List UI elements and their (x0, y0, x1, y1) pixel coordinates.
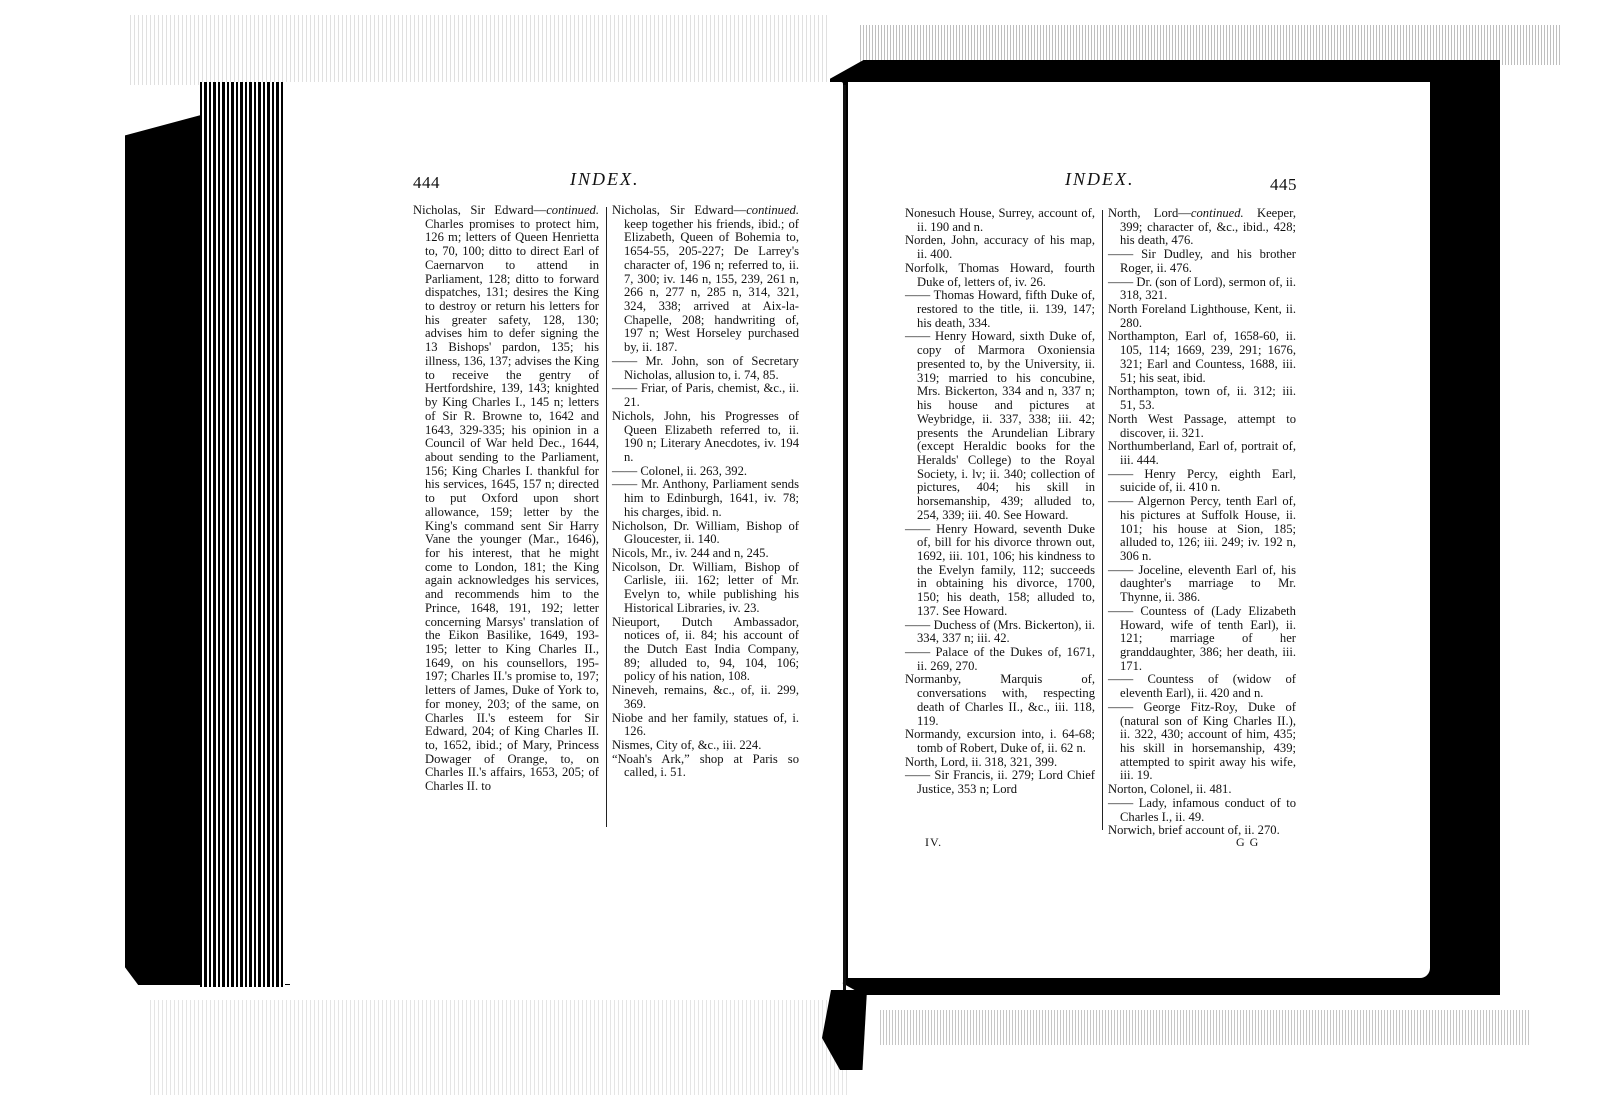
index-entry: Normandy, excursion into, i. 64-68; tomb… (905, 728, 1095, 755)
page-block-edges (200, 82, 285, 987)
index-entry: North Foreland Lighthouse, Kent, ii. 280… (1108, 303, 1296, 330)
index-entry: North West Passage, attempt to discover,… (1108, 413, 1296, 440)
index-entry: —— Mr. Anthony, Parliament sends him to … (612, 478, 799, 519)
scan-background-noise (860, 25, 1560, 65)
left-page-column-2: Nicholas, Sir Edward—continued. keep tog… (612, 204, 799, 780)
column-rule (606, 207, 607, 827)
index-entry: Nichols, John, his Progresses of Queen E… (612, 410, 799, 465)
index-entry: —— Duchess of (Mrs. Bickerton), ii. 334,… (905, 619, 1095, 646)
index-entry: —— Sir Francis, ii. 279; Lord Chief Just… (905, 769, 1095, 796)
scan-background-noise (150, 1000, 850, 1095)
index-entry: Norwich, brief account of, ii. 270. (1108, 824, 1296, 838)
index-entry: “Noah's Ark,” shop at Paris so called, i… (612, 753, 799, 780)
index-entry: —— Colonel, ii. 263, 392. (612, 465, 799, 479)
index-entry: —— George Fitz-Roy, Duke of (natural son… (1108, 701, 1296, 783)
index-entry: Nicholas, Sir Edward—continued. keep tog… (612, 204, 799, 355)
index-entry: —— Algernon Percy, tenth Earl of, his pi… (1108, 495, 1296, 564)
page-number: 445 (1270, 175, 1297, 195)
index-entry: Nineveh, remains, &c., of, ii. 299, 369. (612, 684, 799, 711)
index-entry: Nicholson, Dr. William, Bishop of Glouce… (612, 520, 799, 547)
index-entry: —— Countess of (widow of eleventh Earl),… (1108, 673, 1296, 700)
index-entry: Norden, John, accuracy of his map, ii. 4… (905, 234, 1095, 261)
index-entry: Norton, Colonel, ii. 481. (1108, 783, 1296, 797)
index-entry: Norfolk, Thomas Howard, fourth Duke of, … (905, 262, 1095, 289)
scan-background-noise (880, 1010, 1530, 1045)
running-head: INDEX. (1065, 169, 1135, 190)
index-entry: —— Dr. (son of Lord), sermon of, ii. 318… (1108, 276, 1296, 303)
index-entry: Nieuport, Dutch Ambassador, notices of, … (612, 616, 799, 685)
book-gutter (843, 85, 846, 990)
index-entry: Northumberland, Earl of, portrait of, ii… (1108, 440, 1296, 467)
index-entry: Niobe and her family, statues of, i. 126… (612, 712, 799, 739)
index-entry: —— Henry Percy, eighth Earl, suicide of,… (1108, 468, 1296, 495)
index-entry: —— Sir Dudley, and his brother Roger, ii… (1108, 248, 1296, 275)
left-page-column-1: Nicholas, Sir Edward—continued. Charles … (413, 204, 599, 794)
index-entry: —— Henry Howard, seventh Duke of, bill f… (905, 523, 1095, 619)
index-entry: Nicols, Mr., iv. 244 and n, 245. (612, 547, 799, 561)
scan-background-noise (130, 15, 830, 85)
index-entry: —— Friar, of Paris, chemist, &c., ii. 21… (612, 382, 799, 409)
running-head: INDEX. (570, 169, 640, 190)
index-entry: Normanby, Marquis of, conversations with… (905, 673, 1095, 728)
index-entry: —— Thomas Howard, fifth Duke of, restore… (905, 289, 1095, 330)
index-entry: North, Lord—continued. Keeper, 399; char… (1108, 207, 1296, 248)
index-entry: —— Palace of the Dukes of, 1671, ii. 269… (905, 646, 1095, 673)
index-entry: Northampton, Earl of, 1658-60, ii. 105, … (1108, 330, 1296, 385)
right-page-column-1: Nonesuch House, Surrey, account of, ii. … (905, 207, 1095, 797)
index-entry: —— Countess of (Lady Elizabeth Howard, w… (1108, 605, 1296, 674)
page-number: 444 (413, 173, 440, 193)
index-entry: Nonesuch House, Surrey, account of, ii. … (905, 207, 1095, 234)
index-entry: —— Henry Howard, sixth Duke of, copy of … (905, 330, 1095, 522)
volume-mark: IV. (925, 835, 942, 850)
index-entry: Northampton, town of, ii. 312; iii. 51, … (1108, 385, 1296, 412)
index-entry: Nicolson, Dr. William, Bishop of Carlisl… (612, 561, 799, 616)
index-entry: —— Mr. John, son of Secretary Nicholas, … (612, 355, 799, 382)
index-entry: Nismes, City of, &c., iii. 224. (612, 739, 799, 753)
index-entry: North, Lord, ii. 318, 321, 399. (905, 756, 1095, 770)
right-page-column-2: North, Lord—continued. Keeper, 399; char… (1108, 207, 1296, 838)
column-rule (1102, 210, 1103, 830)
index-entry: —— Lady, infamous conduct of to Charles … (1108, 797, 1296, 824)
index-entry: Nicholas, Sir Edward—continued. Charles … (413, 204, 599, 794)
signature-mark: G G (1236, 835, 1259, 850)
index-entry: —— Joceline, eleventh Earl of, his daugh… (1108, 564, 1296, 605)
